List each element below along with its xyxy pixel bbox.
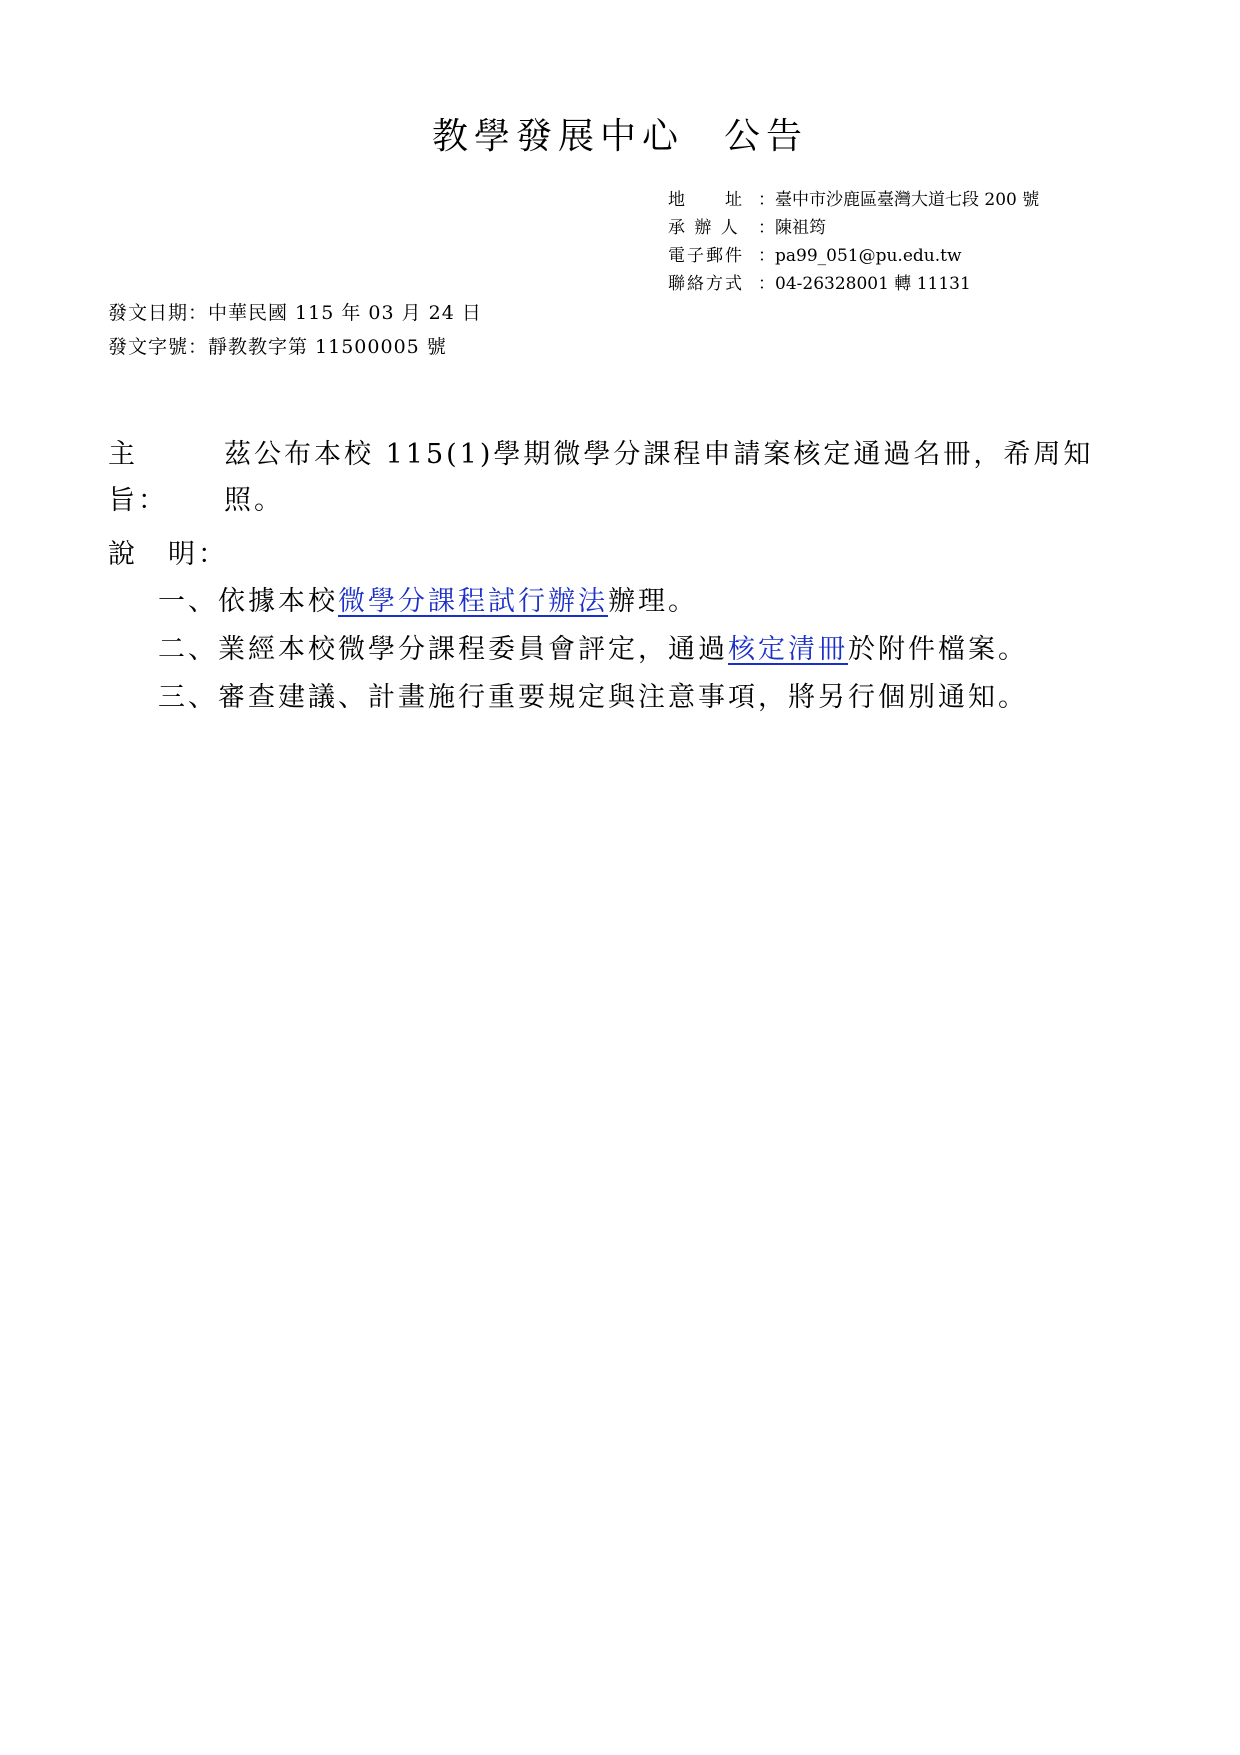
subject-section: 主 旨： 茲公布本校 115(1)學期微學分課程申請案核定通過名冊，希周知照。 [108,432,1128,524]
page-title: 教學發展中心公告 [0,108,1240,159]
email-value: ：pa99_051@pu.edu.tw [758,242,962,270]
contact-handler: 承 辦 人 ：陳祖筠 [668,214,1039,242]
explanation-item-2: 二、業經本校微學分課程委員會評定，通過核定清冊於附件檔案。 [108,626,1128,674]
item-text: 三、審查建議、計畫施行重要規定與注意事項，將另行個別通知。 [158,682,1028,713]
item-text: 二、業經本校微學分課程委員會評定，通過 [158,634,728,665]
issue-number: 發文字號：靜教教字第 11500005 號 [108,330,482,364]
explanation-label: 說 明： [108,532,1128,578]
subject-text: 茲公布本校 115(1)學期微學分課程申請案核定通過名冊，希周知照。 [224,432,1124,524]
contact-address: 地 址 ：臺中市沙鹿區臺灣大道七段 200 號 [668,186,1039,214]
org-name: 教學發展中心 [432,116,684,157]
trial-regulations-link[interactable]: 微學分課程試行辦法 [338,586,608,617]
contact-block: 地 址 ：臺中市沙鹿區臺灣大道七段 200 號 承 辦 人 ：陳祖筠 電子郵件 … [668,186,1039,298]
item-text: 一、依據本校 [158,586,338,617]
item-text: 於附件檔案。 [848,634,1028,665]
phone-value: ：04-26328001 轉 11131 [758,270,971,298]
announcement-body: 主 旨： 茲公布本校 115(1)學期微學分課程申請案核定通過名冊，希周知照。 … [108,432,1128,722]
contact-phone: 聯絡方式 ：04-26328001 轉 11131 [668,270,1039,298]
issue-date: 發文日期：中華民國 115 年 03 月 24 日 [108,296,482,330]
explanation-item-3: 三、審查建議、計畫施行重要規定與注意事項，將另行個別通知。 [108,674,1128,722]
explanation-item-1: 一、依據本校微學分課程試行辦法辦理。 [108,578,1128,626]
handler-value: ：陳祖筠 [758,214,826,242]
email-label: 電子郵件 [668,242,758,270]
address-value: ：臺中市沙鹿區臺灣大道七段 200 號 [758,186,1039,214]
approved-list-link[interactable]: 核定清冊 [728,634,848,665]
item-text: 辦理。 [608,586,698,617]
phone-label: 聯絡方式 [668,270,758,298]
address-label: 地 址 [668,186,758,214]
doc-type: 公告 [724,116,808,157]
contact-email: 電子郵件 ：pa99_051@pu.edu.tw [668,242,1039,270]
issue-meta: 發文日期：中華民國 115 年 03 月 24 日 發文字號：靜教教字第 115… [108,296,482,364]
subject-label: 主 旨： [108,432,224,524]
handler-label: 承 辦 人 [668,214,758,242]
